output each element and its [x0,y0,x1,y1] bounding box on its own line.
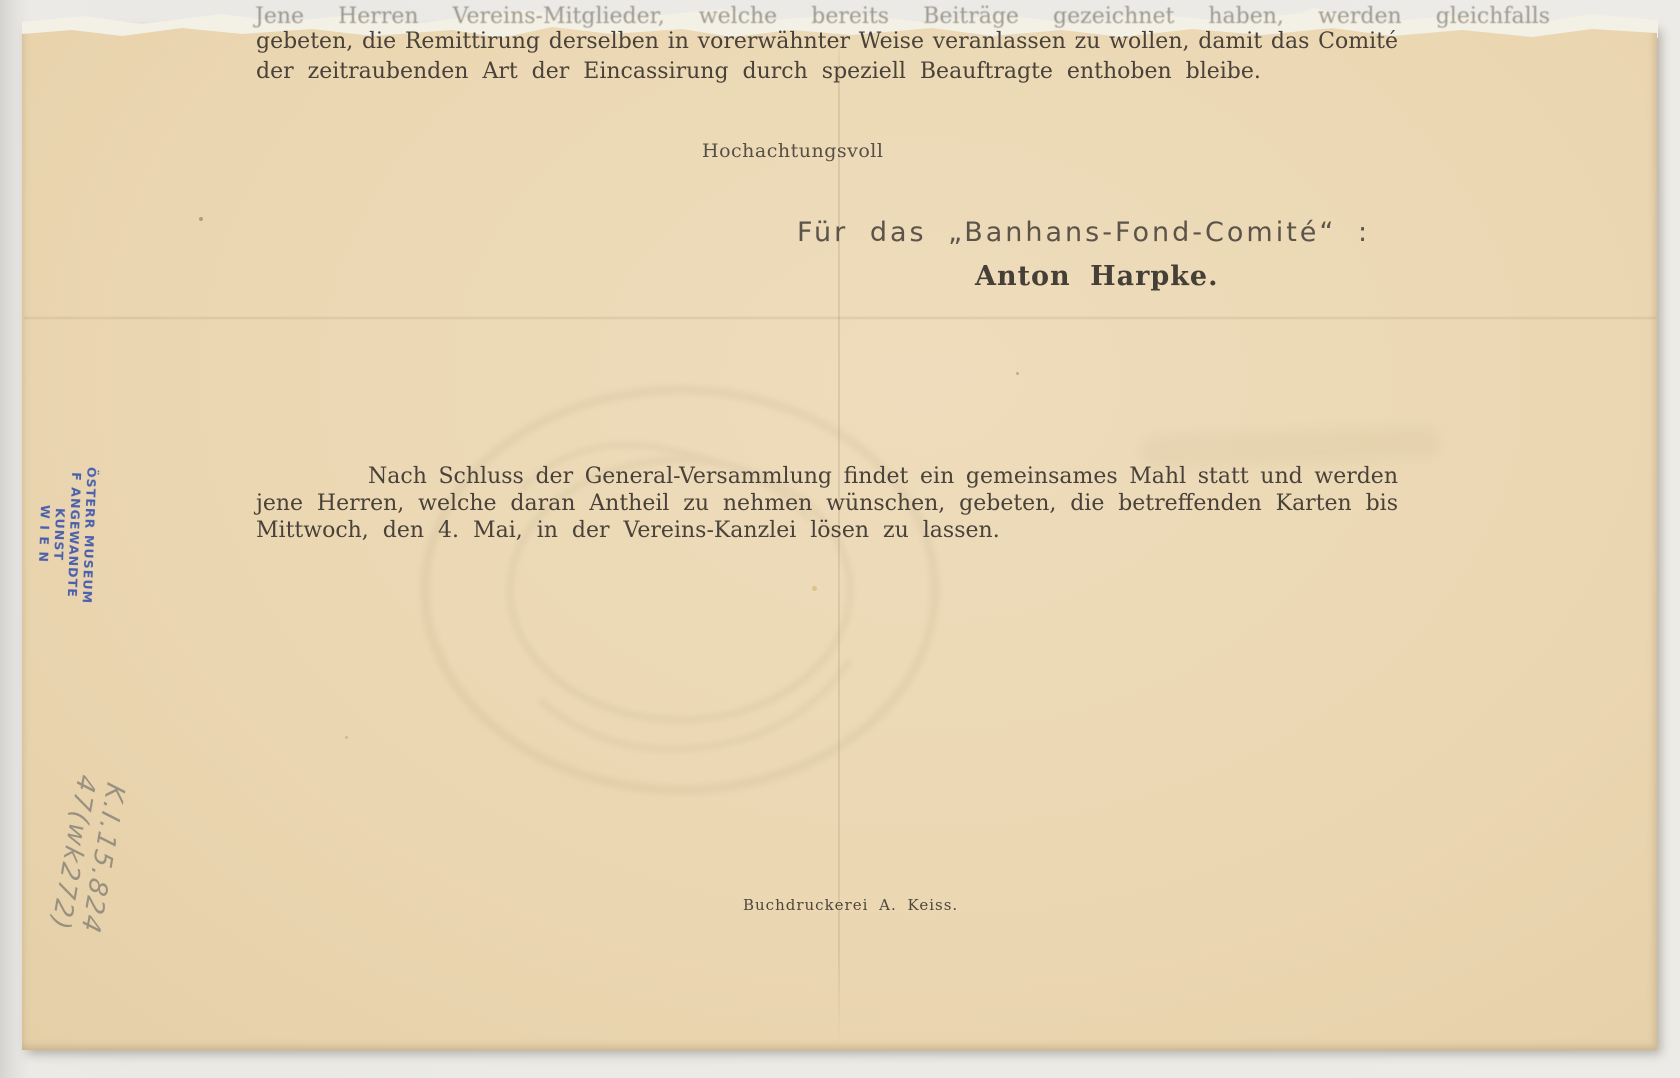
committee-line: Für das „Banhans-Fond-Comité“ : [797,217,1370,248]
foxing-speck [812,586,817,591]
paragraph-line: jene Herren, welche daran Antheil zu neh… [256,490,1398,517]
foxing-speck [345,736,348,739]
foxing-speck [1016,372,1019,375]
printer-imprint: Buchdruckerei A. Keiss. [743,896,958,914]
ghost-emblem-showthrough [400,370,960,810]
foxing-speck [199,217,203,221]
scanned-document: Jene Herren Vereins-Mitglieder, welche b… [0,0,1680,1078]
paragraph-line: Nach Schluss der General-Versammlung fin… [256,463,1398,490]
meal-notice-paragraph: Nach Schluss der General-Versammlung fin… [256,463,1398,544]
horizontal-fold-crease [24,317,1656,319]
signature-name: Anton Harpke. [975,261,1218,292]
paragraph-line: Mittwoch, den 4. Mai, in der Vereins-Kan… [256,517,1398,544]
paragraph-line: gebeten, die Remittirung derselben in vo… [256,27,1398,57]
closing-salutation: Hochachtungsvoll [702,140,883,162]
stamp-line: F ANGEWANDTE KUNST [49,446,85,623]
paragraph-line: der zeitraubenden Art der Eincassirung d… [256,57,1398,87]
opening-paragraph: gebeten, die Remittirung derselben in vo… [256,27,1398,87]
museum-stamp: ÖSTERR MUSEUM F ANGEWANDTE KUNST W I E N [46,446,100,624]
